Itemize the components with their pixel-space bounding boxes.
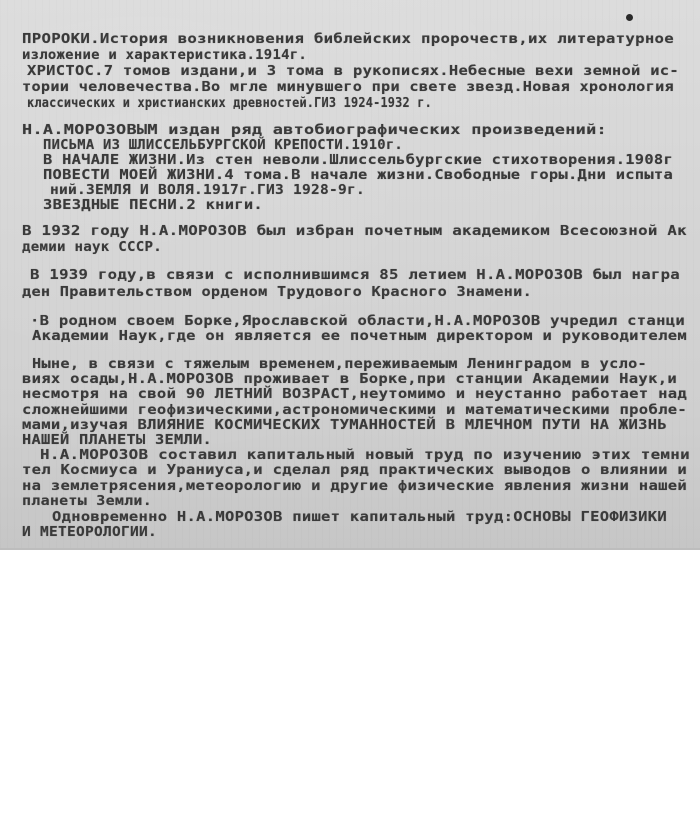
text-line: планеты Земли.	[22, 494, 152, 510]
text-line: В 1939 году,в связи с исполнившимся 85 л…	[30, 268, 680, 284]
scanned-document: ПРОРОКИ.История возникновения библейских…	[0, 0, 700, 549]
text-line: ден Правительством орденом Трудового Кра…	[22, 285, 532, 301]
scan-edge	[0, 548, 700, 550]
text-line: Ныне, в связи с тяжелым временем,пережив…	[32, 357, 647, 373]
text-line: на землетрясения,метеорологию и другие ф…	[22, 479, 687, 495]
ink-blot	[626, 14, 633, 21]
text-line: НАШЕЙ ПЛАНЕТЫ ЗЕМЛИ.	[22, 433, 212, 449]
text-line: изложение и характеристика.1914г.	[22, 48, 307, 64]
text-line: ПИСЬМА ИЗ ШЛИССЕЛЬБУРГСКОЙ КРЕПОСТИ.1910…	[43, 138, 403, 154]
text-line: И МЕТЕОРОЛОГИИ.	[22, 525, 157, 541]
text-line: Одновременно Н.А.МОРОЗОВ пишет капитальн…	[52, 510, 667, 526]
text-line: виях осады,Н.А.МОРОЗОВ проживает в Борке…	[22, 372, 677, 388]
text-line: демии наук СССР.	[22, 240, 162, 256]
text-line: ПОВЕСТИ МОЕЙ ЖИЗНИ.4 тома.В начале жизни…	[43, 168, 673, 184]
text-line: Н.А.МОРОЗОВЫМ издан ряд автобиографическ…	[22, 123, 607, 139]
text-line: сложнейшими геофизическими,астрономическ…	[22, 403, 687, 419]
text-line: ПРОРОКИ.История возникновения библейских…	[22, 32, 674, 48]
text-line: тории человечества.Во мгле минувшего при…	[22, 80, 674, 96]
text-line: ний.ЗЕМЛЯ И ВОЛЯ.1917г.ГИЗ 1928-9г.	[50, 183, 365, 199]
text-line: ХРИСТОС.7 томов издани,и 3 тома в рукопи…	[27, 64, 679, 80]
text-line: ·В родном своем Борке,Ярославской област…	[30, 314, 685, 330]
text-line: мами,изучая ВЛИЯНИЕ КОСМИЧЕСКИХ ТУМАННОС…	[22, 418, 667, 434]
text-line: Н.А.МОРОЗОВ составил капитальный новый т…	[40, 448, 690, 464]
text-line: классических и христианских древностей.Г…	[27, 96, 432, 112]
text-line: несмотря на свой 90 ЛЕТНИЙ ВОЗРАСТ,неуто…	[22, 387, 687, 403]
text-line: В 1932 году Н.А.МОРОЗОВ был избран почет…	[22, 224, 687, 240]
text-line: Академии Наук,где он является ее почетны…	[32, 329, 687, 345]
text-line: тел Космиуса и Ураниуса,и сделал ряд пра…	[22, 463, 687, 479]
text-line: В НАЧАЛЕ ЖИЗНИ.Из стен неволи.Шлиссельбу…	[43, 153, 673, 169]
text-line: ЗВЕЗДНЫЕ ПЕСНИ.2 книги.	[43, 198, 263, 214]
